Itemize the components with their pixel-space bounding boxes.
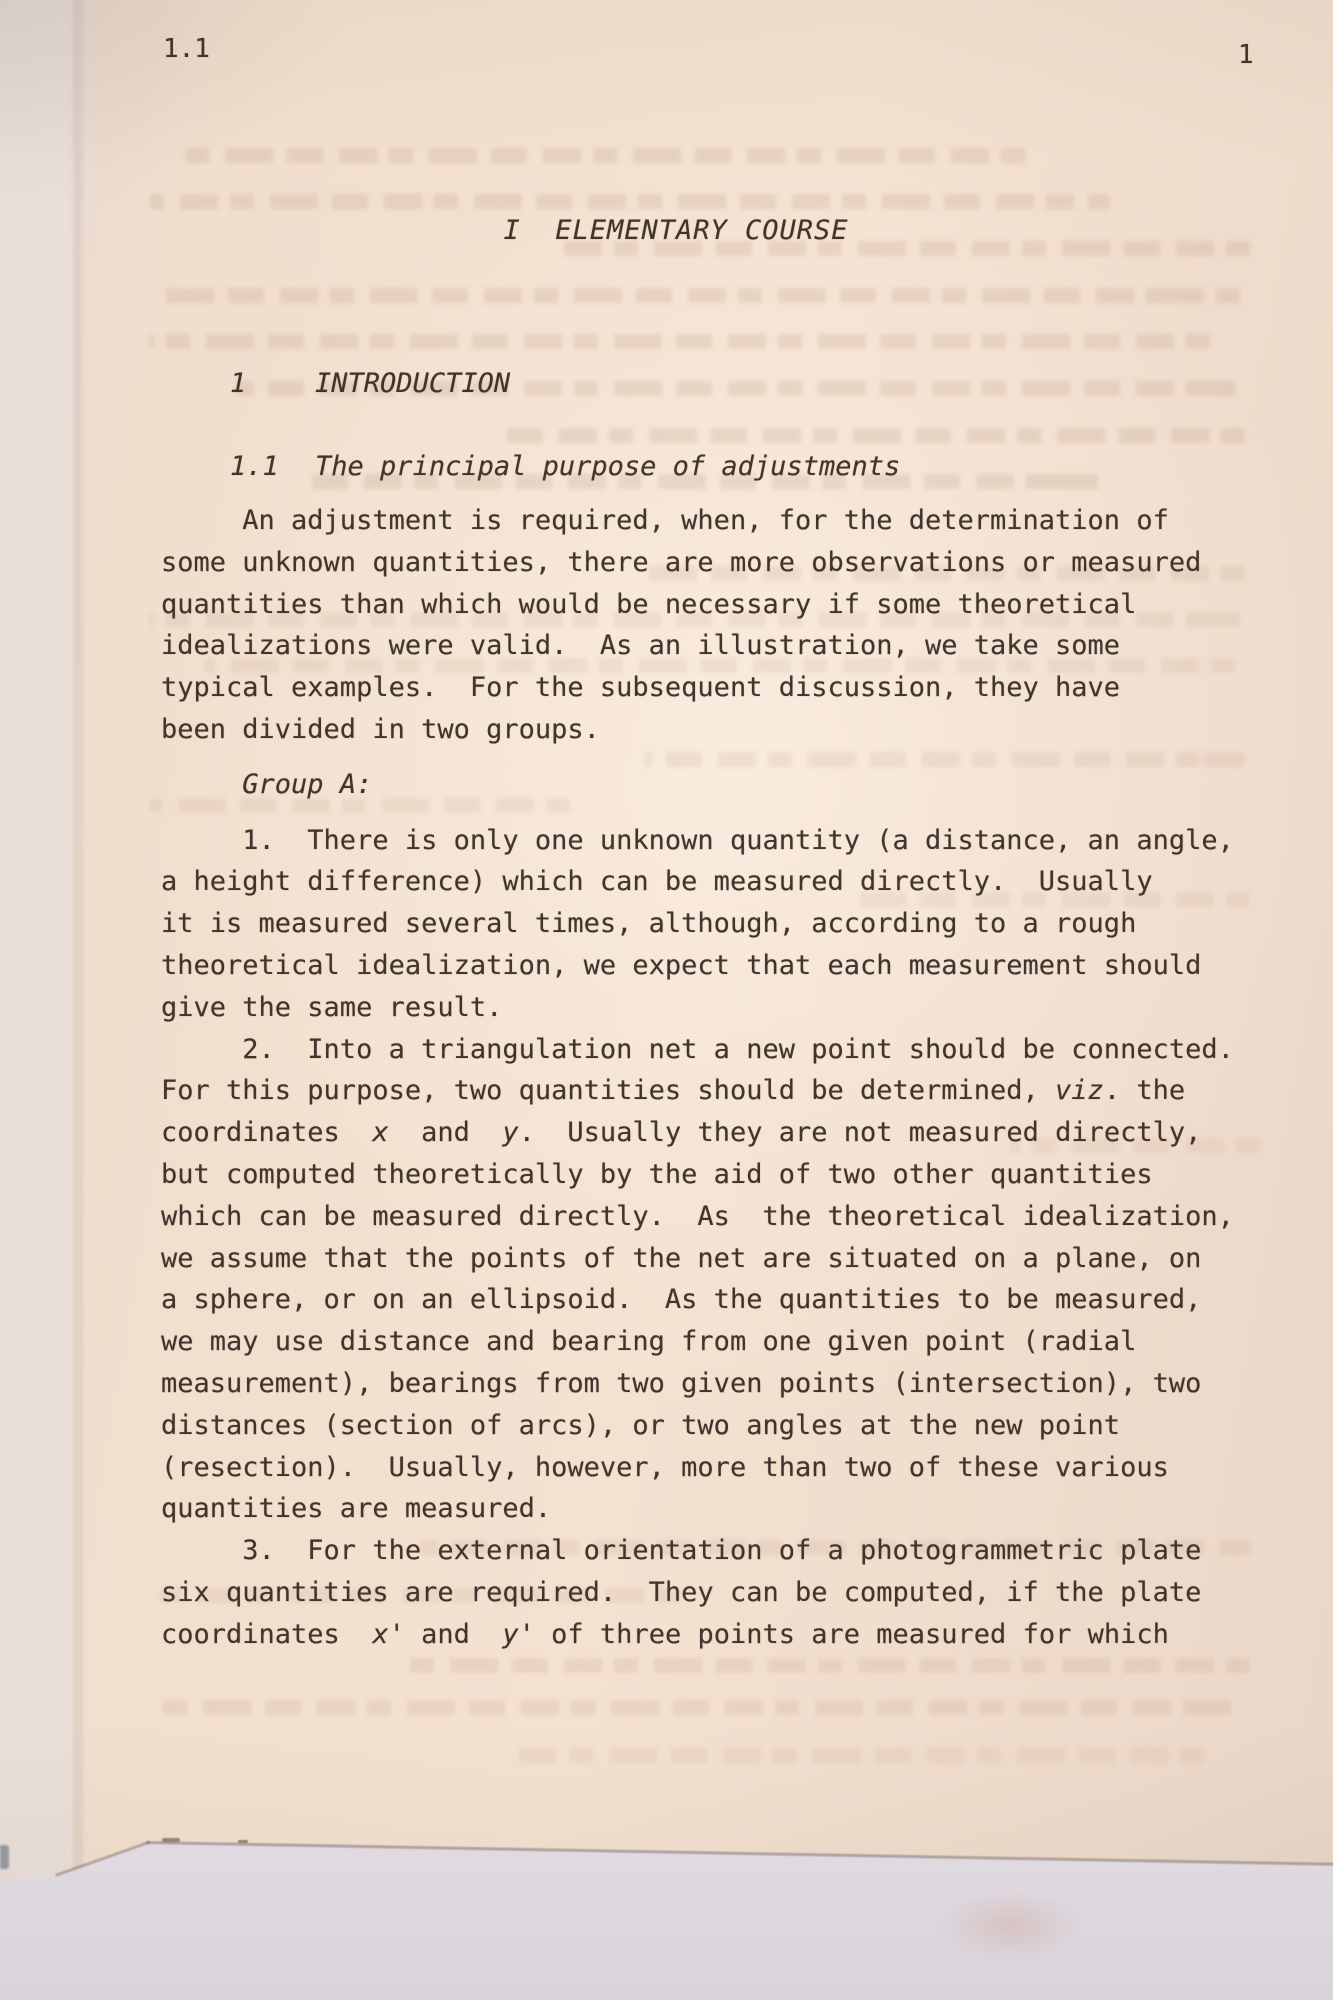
page-number: 1 — [1238, 40, 1254, 70]
text-line: six quantities are required. They can be… — [161, 1572, 1301, 1614]
section-title: INTRODUCTION — [315, 368, 510, 399]
text-line: some unknown quantities, there are more … — [161, 542, 1301, 584]
section-heading: 1INTRODUCTION — [165, 337, 510, 430]
text-line: distances (section of arcs), or two angl… — [161, 1405, 1301, 1447]
text-line: coordinates x' and y' of three points ar… — [161, 1614, 1301, 1656]
section-number: 1 — [230, 368, 315, 399]
subsection-number: 1.1 — [230, 451, 315, 482]
body-text: An adjustment is required, when, for the… — [161, 500, 1301, 1656]
subsection-title: The principal purpose of adjustments — [315, 451, 900, 482]
text-line: For this purpose, two quantities should … — [161, 1070, 1301, 1112]
running-header-section: 1.1 — [163, 34, 210, 64]
text-line: (resection). Usually, however, more than… — [161, 1447, 1301, 1489]
text-line: 1. There is only one unknown quantity (a… — [161, 820, 1301, 862]
text-line: typical examples. For the subsequent dis… — [161, 667, 1301, 709]
text-line: quantities than which would be necessary… — [161, 584, 1301, 626]
edge-speck — [238, 1840, 248, 1843]
paragraph-intro: An adjustment is required, when, for the… — [161, 500, 1301, 751]
surface-smudge — [940, 1890, 1080, 1960]
group-a-label: Group A: — [161, 764, 1301, 806]
text-line: measurement), bearings from two given po… — [161, 1363, 1301, 1405]
text-line: we assume that the points of the net are… — [161, 1238, 1301, 1280]
text-line: 3. For the external orientation of a pho… — [161, 1530, 1301, 1572]
text-line: An adjustment is required, when, for the… — [161, 500, 1301, 542]
text-line: a height difference) which can be measur… — [161, 861, 1301, 903]
spine-notch — [0, 1845, 9, 1869]
text-line: coordinates x and y. Usually they are no… — [161, 1112, 1301, 1154]
text-line: which can be measured directly. As the t… — [161, 1196, 1301, 1238]
text-line: been divided in two groups. — [161, 709, 1301, 751]
text-line: we may use distance and bearing from one… — [161, 1321, 1301, 1363]
text-line: quantities are measured. — [161, 1488, 1301, 1530]
text-line: 2. Into a triangulation net a new point … — [161, 1029, 1301, 1071]
edge-speck — [162, 1838, 180, 1842]
text-line: theoretical idealization, we expect that… — [161, 945, 1301, 987]
chapter-title: I ELEMENTARY COURSE — [161, 215, 1191, 246]
text-line: give the same result. — [161, 987, 1301, 1029]
book-page-photo: 1.1 1 I ELEMENTARY COURSE 1INTRODUCTION … — [0, 0, 1333, 2000]
item-2: 2. Into a triangulation net a new point … — [161, 1029, 1301, 1531]
text-line: a sphere, or on an ellipsoid. As the qua… — [161, 1279, 1301, 1321]
text-line: idealizations were valid. As an illustra… — [161, 625, 1301, 667]
item-3: 3. For the external orientation of a pho… — [161, 1530, 1301, 1655]
text-line: but computed theoretically by the aid of… — [161, 1154, 1301, 1196]
item-1: 1. There is only one unknown quantity (a… — [161, 820, 1301, 1029]
text-line: it is measured several times, although, … — [161, 903, 1301, 945]
text-line: Group A: — [161, 764, 1301, 806]
